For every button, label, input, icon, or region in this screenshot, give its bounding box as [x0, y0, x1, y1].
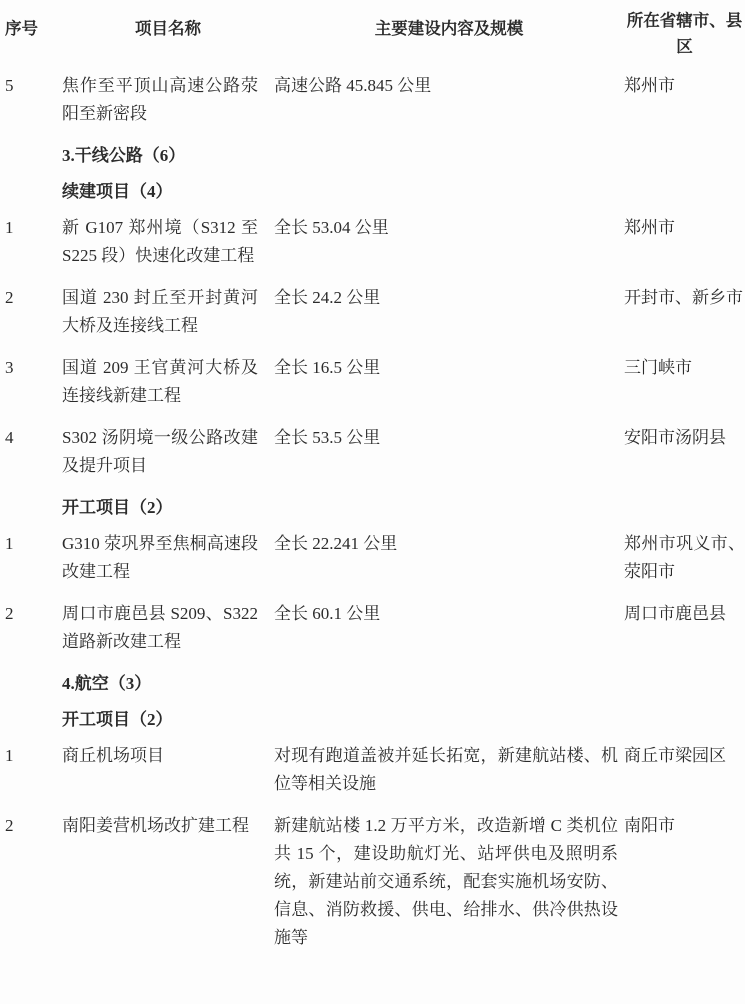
project-location: 周口市鹿邑县 [624, 600, 745, 656]
project-location: 郑州市 [624, 72, 745, 128]
column-header-content: 主要建设内容及规模 [274, 8, 624, 60]
column-header-name: 项目名称 [62, 8, 274, 60]
project-location: 郑州市 [624, 214, 745, 270]
project-content: 全长 60.1 公里 [274, 600, 624, 656]
project-location: 商丘市梁园区 [624, 742, 745, 798]
project-location: 郑州市巩义市、荥阳市 [624, 530, 745, 586]
table-row: 4 S302 汤阴境一级公路改建及提升项目 全长 53.5 公里 安阳市汤阴县 [0, 424, 745, 480]
project-name: G310 荥巩界至焦桐高速段改建工程 [62, 530, 274, 586]
row-number: 3 [5, 354, 62, 410]
project-location: 开封市、新乡市 [624, 284, 745, 340]
section-spacer [5, 494, 62, 522]
section-heading: 3.干线公路（6） [62, 142, 745, 170]
project-location: 安阳市汤阴县 [624, 424, 745, 480]
section-heading: 续建项目（4） [62, 178, 745, 206]
section-heading: 4.航空（3） [62, 670, 745, 698]
table-row: 3 国道 209 王官黄河大桥及连接线新建工程 全长 16.5 公里 三门峡市 [0, 354, 745, 410]
table-row: 1 新 G107 郑州境（S312 至 S225 段）快速化改建工程 全长 53… [0, 214, 745, 270]
project-content: 新建航站楼 1.2 万平方米，改造新增 C 类机位共 15 个，建设助航灯光、站… [274, 812, 624, 952]
project-content: 全长 24.2 公里 [274, 284, 624, 340]
table-row: 1 商丘机场项目 对现有跑道盖被并延长拓宽，新建航站楼、机位等相关设施 商丘市梁… [0, 742, 745, 798]
column-header-number: 序号 [5, 8, 62, 60]
row-number: 2 [5, 600, 62, 656]
project-content: 全长 16.5 公里 [274, 354, 624, 410]
row-number: 1 [5, 214, 62, 270]
section-heading-row: 4.航空（3） [0, 670, 745, 698]
table-row: 1 G310 荥巩界至焦桐高速段改建工程 全长 22.241 公里 郑州市巩义市… [0, 530, 745, 586]
section-spacer [5, 706, 62, 734]
project-content: 对现有跑道盖被并延长拓宽，新建航站楼、机位等相关设施 [274, 742, 624, 798]
section-heading-row: 开工项目（2） [0, 494, 745, 522]
project-name: S302 汤阴境一级公路改建及提升项目 [62, 424, 274, 480]
project-name: 国道 209 王官黄河大桥及连接线新建工程 [62, 354, 274, 410]
row-number: 2 [5, 284, 62, 340]
section-spacer [5, 142, 62, 170]
section-heading: 开工项目（2） [62, 706, 745, 734]
project-name: 新 G107 郑州境（S312 至 S225 段）快速化改建工程 [62, 214, 274, 270]
project-location: 三门峡市 [624, 354, 745, 410]
section-spacer [5, 178, 62, 206]
table-row: 5 焦作至平顶山高速公路荥阳至新密段 高速公路 45.845 公里 郑州市 [0, 72, 745, 128]
project-content: 高速公路 45.845 公里 [274, 72, 624, 128]
project-name: 周口市鹿邑县 S209、S322 道路新改建工程 [62, 600, 274, 656]
project-content: 全长 53.04 公里 [274, 214, 624, 270]
row-number: 1 [5, 742, 62, 798]
project-name: 国道 230 封丘至开封黄河大桥及连接线工程 [62, 284, 274, 340]
document-page: 序号 项目名称 主要建设内容及规模 所在省辖市、县区 5 焦作至平顶山高速公路荥… [0, 0, 745, 1004]
table-header-row: 序号 项目名称 主要建设内容及规模 所在省辖市、县区 [0, 8, 745, 60]
table-row: 2 周口市鹿邑县 S209、S322 道路新改建工程 全长 60.1 公里 周口… [0, 600, 745, 656]
table-row: 2 国道 230 封丘至开封黄河大桥及连接线工程 全长 24.2 公里 开封市、… [0, 284, 745, 340]
section-spacer [5, 670, 62, 698]
section-heading-row: 续建项目（4） [0, 178, 745, 206]
table-body: 5 焦作至平顶山高速公路荥阳至新密段 高速公路 45.845 公里 郑州市 3.… [0, 72, 745, 952]
project-content: 全长 53.5 公里 [274, 424, 624, 480]
project-name: 焦作至平顶山高速公路荥阳至新密段 [62, 72, 274, 128]
project-location: 南阳市 [624, 812, 745, 952]
project-content: 全长 22.241 公里 [274, 530, 624, 586]
section-heading-row: 3.干线公路（6） [0, 142, 745, 170]
section-heading: 开工项目（2） [62, 494, 745, 522]
project-name: 南阳姜营机场改扩建工程 [62, 812, 274, 952]
row-number: 5 [5, 72, 62, 128]
row-number: 2 [5, 812, 62, 952]
row-number: 1 [5, 530, 62, 586]
table-row: 2 南阳姜营机场改扩建工程 新建航站楼 1.2 万平方米，改造新增 C 类机位共… [0, 812, 745, 952]
section-heading-row: 开工项目（2） [0, 706, 745, 734]
row-number: 4 [5, 424, 62, 480]
project-name: 商丘机场项目 [62, 742, 274, 798]
column-header-location: 所在省辖市、县区 [624, 8, 745, 60]
